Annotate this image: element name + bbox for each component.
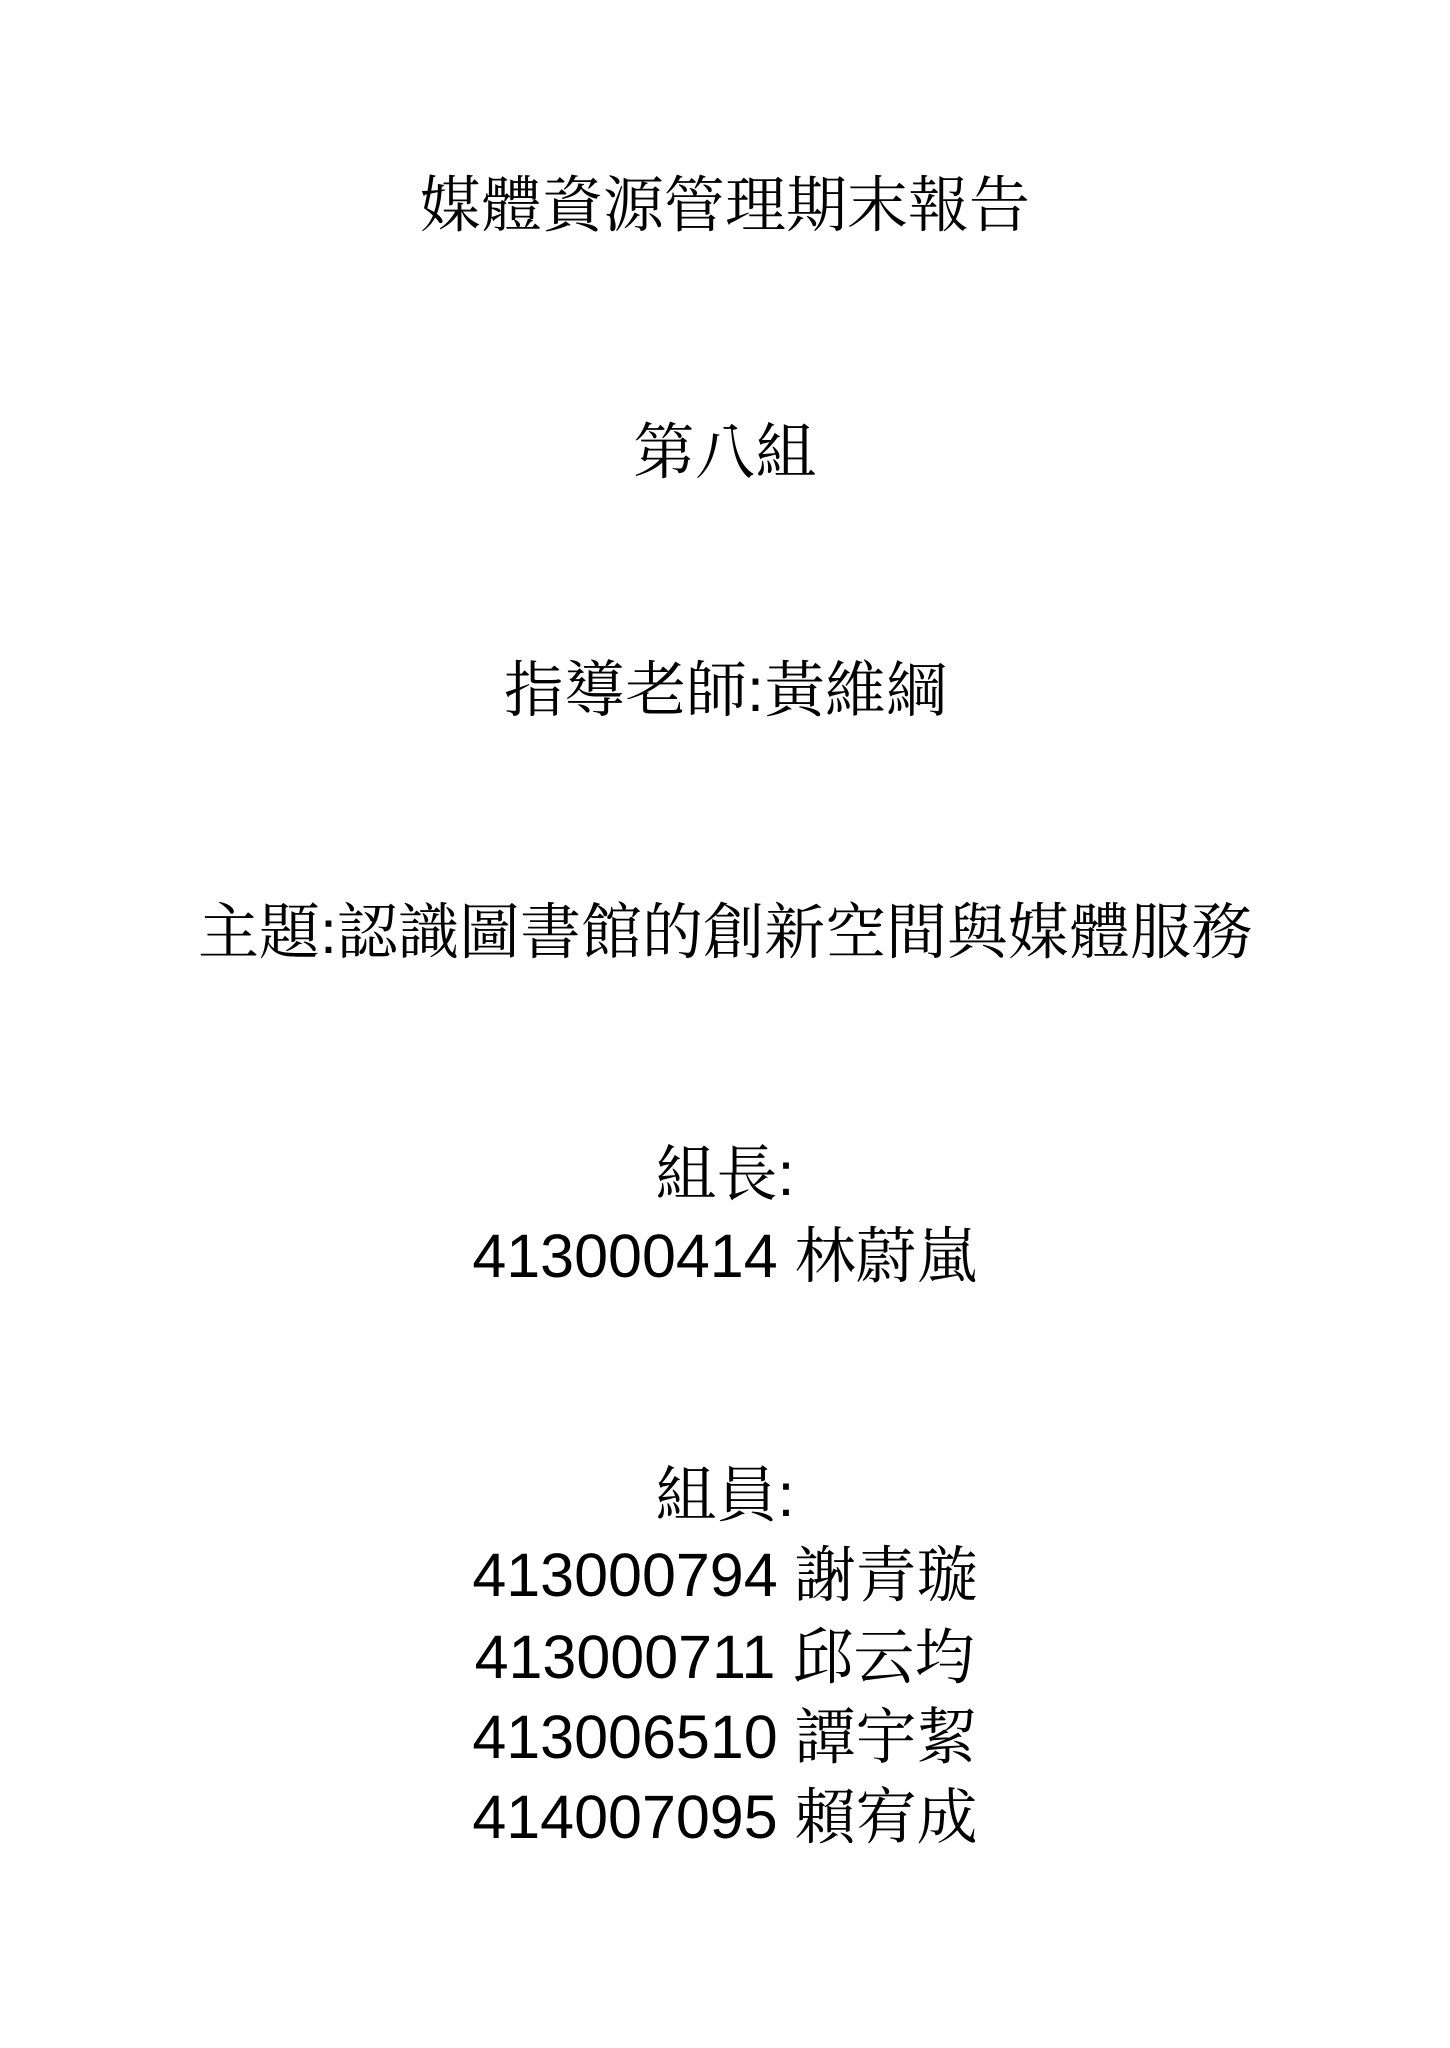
member-student-id: 413006510 — [472, 1703, 777, 1771]
member-row: 413006510譚宇絜 — [0, 1697, 1450, 1777]
member-student-id: 413000711 — [475, 1623, 776, 1691]
leader-student-id: 413000414 — [472, 1222, 777, 1290]
leader-row: 413000414林蔚嵐 — [0, 1216, 1450, 1296]
leader-heading: 組長: — [0, 1134, 1450, 1214]
document-page: 媒體資源管理期末報告 第八組 指導老師:黃維綱 主題:認識圖書館的創新空間與媒體… — [0, 0, 1450, 2048]
advisor-line: 指導老師:黃維綱 — [0, 650, 1450, 730]
member-name: 譚宇絜 — [795, 1703, 978, 1771]
member-row: 413000711邱云均 — [0, 1617, 1450, 1697]
member-row: 414007095賴宥成 — [0, 1777, 1450, 1857]
members-heading: 組員: — [0, 1455, 1450, 1535]
member-name: 邱云均 — [792, 1623, 975, 1691]
group-number: 第八組 — [0, 412, 1450, 492]
member-student-id: 413000794 — [472, 1541, 777, 1609]
topic-line: 主題:認識圖書館的創新空間與媒體服務 — [0, 892, 1450, 972]
advisor-label: 指導老師: — [503, 656, 764, 724]
topic-text: 認識圖書館的創新空間與媒體服務 — [337, 898, 1252, 966]
leader-name: 林蔚嵐 — [795, 1222, 978, 1290]
page-title: 媒體資源管理期末報告 — [0, 165, 1450, 245]
member-student-id: 414007095 — [472, 1783, 777, 1851]
member-name: 賴宥成 — [795, 1783, 978, 1851]
member-name: 謝青璇 — [795, 1541, 978, 1609]
member-row: 413000794謝青璇 — [0, 1535, 1450, 1615]
advisor-name: 黃維綱 — [764, 656, 947, 724]
topic-label: 主題: — [198, 898, 337, 966]
